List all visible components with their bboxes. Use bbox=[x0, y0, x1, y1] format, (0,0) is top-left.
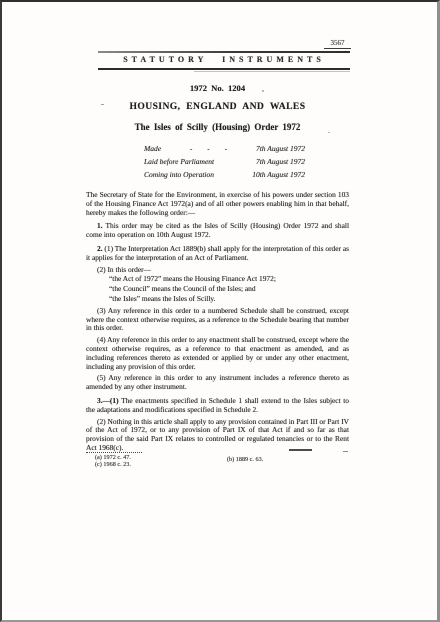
paragraph: (2) Nothing in this article shall apply … bbox=[86, 418, 349, 453]
footnotes-left-column: (a) 1972 c. 47.(c) 1968 c. 23. bbox=[95, 454, 131, 469]
date-value: 10th August 1972 bbox=[252, 168, 305, 181]
date-value: 7th August 1972 bbox=[256, 142, 305, 155]
paragraph: The Secretary of State for the Environme… bbox=[86, 191, 349, 217]
scan-speckle bbox=[262, 90, 264, 92]
date-row: Coming into Operation10th August 1972 bbox=[144, 168, 305, 181]
leader-dashes: - - - bbox=[161, 142, 256, 155]
header-rule-top bbox=[98, 51, 350, 53]
subject-heading: HOUSING, ENGLAND AND WALES bbox=[86, 101, 349, 112]
article-number: 3.—(1) bbox=[97, 396, 121, 405]
series-heading: STATUTORY INSTRUMENTS bbox=[98, 55, 350, 64]
scan-speckle bbox=[101, 104, 104, 105]
footnote-center: (b) 1889 c. 63. bbox=[227, 456, 263, 463]
date-row: Laid before Parliament7th August 1972 bbox=[144, 155, 305, 168]
date-label: Coming into Operation bbox=[144, 168, 214, 181]
document-flow: Made- - -7th August 1972Laid before Parl… bbox=[86, 142, 349, 453]
paragraph: 2. (1) The Interpretation Act 1889(b) sh… bbox=[86, 245, 349, 263]
article-number: 2. bbox=[97, 244, 104, 253]
paragraph: 3.—(1) The enactments specified in Sched… bbox=[86, 397, 349, 415]
si-number: 1972 No. 1204 bbox=[86, 83, 349, 93]
paragraph: (3) Any reference in this order to a num… bbox=[86, 307, 349, 333]
footnote: (c) 1968 c. 23. bbox=[95, 461, 131, 468]
paragraph: (4) Any reference in this order to any e… bbox=[86, 336, 349, 371]
footnote-separator bbox=[86, 452, 142, 453]
page-number: 3567 bbox=[324, 39, 351, 49]
leader-dashes bbox=[214, 155, 256, 168]
date-row: Made- - -7th August 1972 bbox=[144, 142, 305, 155]
paragraph: “the Act of 1972” means the Housing Fina… bbox=[109, 275, 349, 284]
order-title: The Isles of Scilly (Housing) Order 1972 bbox=[86, 122, 349, 132]
document-body: The Secretary of State for the Environme… bbox=[86, 191, 349, 453]
scan-speckle bbox=[328, 132, 330, 133]
paragraph: (5) Any reference in this order to any i… bbox=[86, 374, 349, 392]
date-label: Laid before Parliament bbox=[144, 155, 214, 168]
date-label: Made bbox=[144, 142, 161, 155]
header-rule-bottom bbox=[98, 68, 350, 70]
scanned-document-page: 3567 STATUTORY INSTRUMENTS 1972 No. 1204… bbox=[0, 0, 440, 622]
leader-dashes bbox=[214, 168, 252, 181]
article-number: 1. bbox=[97, 221, 106, 230]
dates-table: Made- - -7th August 1972Laid before Parl… bbox=[144, 142, 305, 181]
paragraph: (2) In this order— bbox=[86, 266, 349, 275]
scan-artifact-dash bbox=[343, 451, 348, 452]
paragraph: “the Council” means the Council of the I… bbox=[109, 285, 349, 294]
paragraph: “the Isles” means the Isles of Scilly. bbox=[109, 295, 349, 304]
date-value: 7th August 1972 bbox=[256, 155, 305, 168]
paragraph: 1. This order may be cited as the Isles … bbox=[86, 222, 349, 240]
scan-artifact-line bbox=[289, 449, 312, 451]
